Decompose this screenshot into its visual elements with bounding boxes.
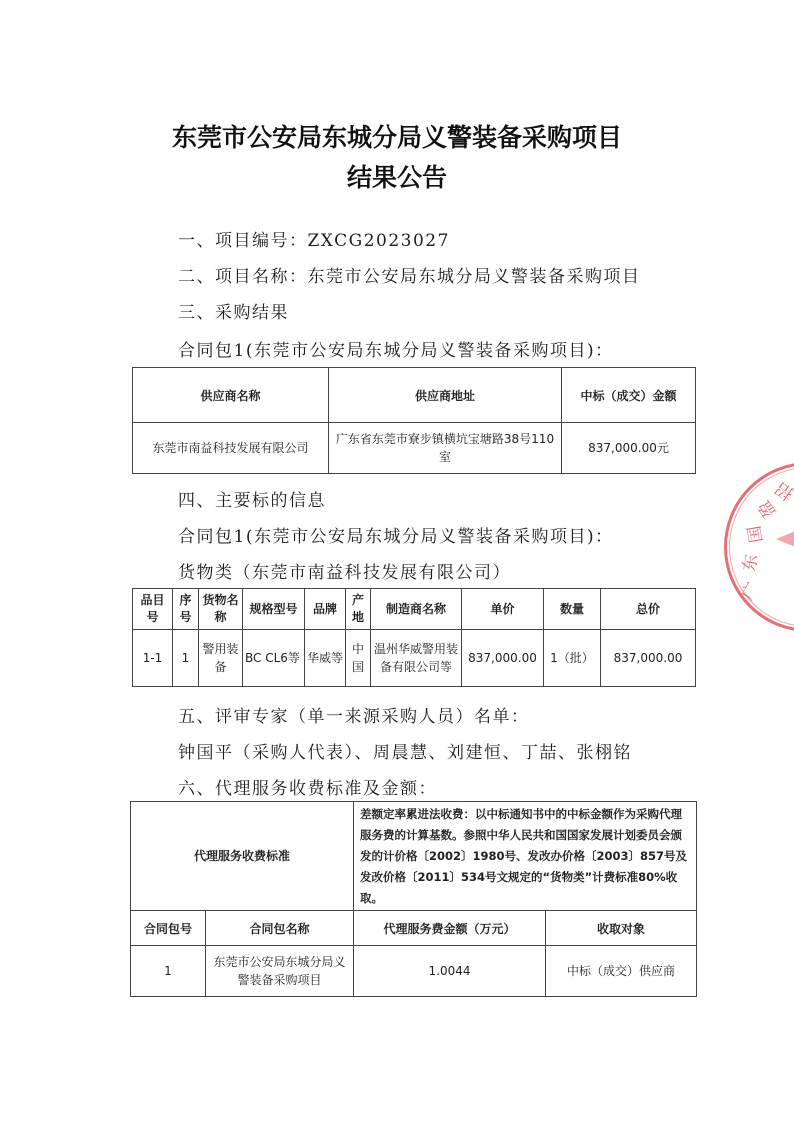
- supplier-address: 广东省东莞市寮步镇横坑宝塘路38号110室: [329, 423, 562, 474]
- quantity: 1（批）: [544, 630, 601, 687]
- header-fee-amount: 代理服务费金额（万元）: [354, 911, 546, 946]
- total-price: 837,000.00: [601, 630, 696, 687]
- main-subject-heading: 四、主要标的信息: [178, 486, 326, 511]
- package-name: 东莞市公安局东城分局义警装备采购项目: [206, 946, 354, 997]
- table-row: 1 东莞市公安局东城分局义警装备采购项目 1.0044 中标（成交）供应商: [131, 946, 697, 997]
- project-name: 二、项目名称：东莞市公安局东城分局义警装备采购项目: [178, 262, 641, 287]
- goods-name: 警用装备: [199, 630, 243, 687]
- header-sequence: 序号: [173, 589, 199, 630]
- header-package-number: 合同包号: [131, 911, 206, 946]
- header-spec-model: 规格型号: [243, 589, 305, 630]
- header-brand: 品牌: [305, 589, 346, 630]
- table-header-row: 合同包号 合同包名称 代理服务费金额（万元） 收取对象: [131, 911, 697, 946]
- agency-fee-table: 代理服务收费标准 差额定率累进法收费：以中标通知书中的中标金额作为采购代理服务费…: [130, 801, 697, 997]
- header-origin: 产地: [346, 589, 371, 630]
- header-supplier-address: 供应商地址: [329, 368, 562, 423]
- header-bid-amount: 中标（成交）金额: [562, 368, 696, 423]
- package-number: 1: [131, 946, 206, 997]
- item-number: 1-1: [133, 630, 173, 687]
- result-table: 供应商名称 供应商地址 中标（成交）金额 东莞市南益科技发展有限公司 广东省东莞…: [132, 367, 696, 474]
- package-label: 合同包1(东莞市公安局东城分局义警装备采购项目)：: [178, 522, 614, 547]
- header-item-number: 品目号: [133, 589, 173, 630]
- fee-standard-label: 代理服务收费标准: [131, 802, 354, 911]
- seal-star-icon: [776, 530, 794, 548]
- supplier-name: 东莞市南益科技发展有限公司: [133, 423, 329, 474]
- goods-category: 货物类（东莞市南益科技发展有限公司）: [178, 558, 511, 583]
- header-unit-price: 单价: [462, 589, 544, 630]
- table-row: 东莞市南益科技发展有限公司 广东省东莞市寮步镇横坑宝塘路38号110室 837,…: [133, 423, 696, 474]
- header-total-price: 总价: [601, 589, 696, 630]
- goods-table: 品目号 序号 货物名称 规格型号 品牌 产地 制造商名称 单价 数量 总价 1-…: [132, 588, 696, 687]
- agency-fee-heading: 六、代理服务收费标准及金额：: [178, 774, 437, 799]
- header-quantity: 数量: [544, 589, 601, 630]
- package-label: 合同包1(东莞市公安局东城分局义警装备采购项目)：: [178, 336, 614, 361]
- origin: 中国: [346, 630, 371, 687]
- fee-payer: 中标（成交）供应商: [546, 946, 697, 997]
- brand: 华威等: [305, 630, 346, 687]
- project-number: 一、项目编号：ZXCG2023027: [178, 226, 450, 251]
- header-package-name: 合同包名称: [206, 911, 354, 946]
- experts-list: 钟国平（采购人代表）、周晨慧、刘建恒、丁喆、张栩铭: [178, 738, 632, 763]
- table-row: 1-1 1 警用装备 BC CL6等 华威等 中国 温州华威警用装备有限公司等 …: [133, 630, 696, 687]
- table-header-row: 品目号 序号 货物名称 规格型号 品牌 产地 制造商名称 单价 数量 总价: [133, 589, 696, 630]
- procurement-result-heading: 三、采购结果: [178, 298, 289, 323]
- table-header-row: 供应商名称 供应商地址 中标（成交）金额: [133, 368, 696, 423]
- header-manufacturer: 制造商名称: [371, 589, 462, 630]
- document-title-line2: 结果公告: [0, 158, 794, 194]
- header-supplier-name: 供应商名称: [133, 368, 329, 423]
- fee-standard-text: 差额定率累进法收费：以中标通知书中的中标金额作为采购代理服务费的计算基数。参照中…: [354, 802, 697, 911]
- bid-amount: 837,000.00元: [562, 423, 696, 474]
- fee-amount: 1.0044: [354, 946, 546, 997]
- header-fee-payer: 收取对象: [546, 911, 697, 946]
- experts-heading: 五、评审专家（单一来源采购人员）名单：: [178, 702, 530, 727]
- document-title-line1: 东莞市公安局东城分局义警装备采购项目: [0, 118, 794, 154]
- spec-model: BC CL6等: [243, 630, 305, 687]
- manufacturer: 温州华威警用装备有限公司等: [371, 630, 462, 687]
- fee-standard-row: 代理服务收费标准 差额定率累进法收费：以中标通知书中的中标金额作为采购代理服务费…: [131, 802, 697, 911]
- unit-price: 837,000.00: [462, 630, 544, 687]
- sequence: 1: [173, 630, 199, 687]
- header-goods-name: 货物名称: [199, 589, 243, 630]
